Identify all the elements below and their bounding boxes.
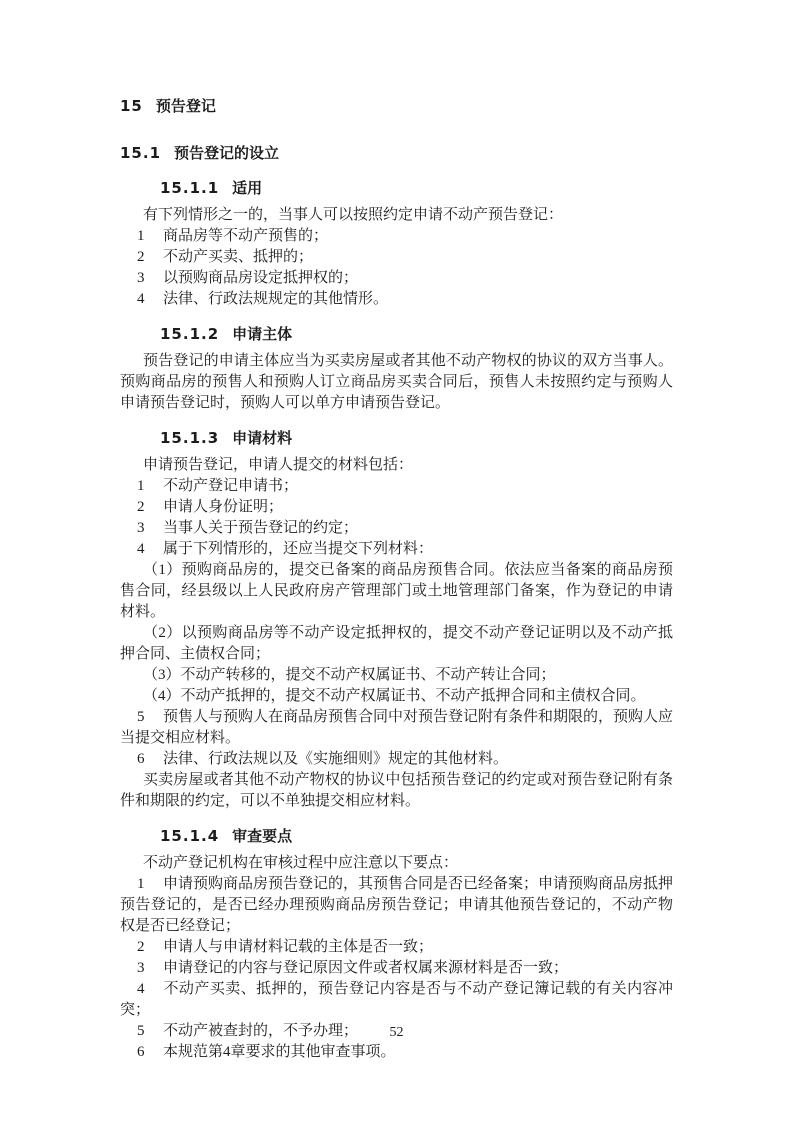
list-item-number: 3	[137, 268, 163, 289]
chapter-heading: 15预告登记	[120, 96, 673, 117]
list-item-number: 1	[137, 476, 163, 497]
subsection-title: 审查要点	[232, 827, 292, 845]
list-item-text: 不动产买卖、抵押的，预告登记内容是否与不动产登记簿记载的有关内容冲突；	[120, 981, 673, 1018]
subsection-number: 15.1.2	[160, 325, 219, 343]
document-page: 15预告登记 15.1预告登记的设立 15.1.1适用 有下列情形之一的，当事人…	[0, 0, 793, 1122]
subsection-heading-申请主体: 15.1.2申请主体	[120, 324, 673, 345]
chapter-number: 15	[120, 97, 143, 115]
paragraph: 申请预告登记，申请人提交的材料包括：	[120, 455, 673, 476]
chapter-title: 预告登记	[156, 97, 216, 115]
list-item-text: 不动产买卖、抵押的；	[163, 249, 313, 265]
subsection-heading-审查要点: 15.1.4审查要点	[120, 826, 673, 847]
list-item-number: 4	[137, 979, 163, 1000]
paragraph: 不动产登记机构在审核过程中应注意以下要点：	[120, 853, 673, 874]
list-item-number: 1	[137, 874, 163, 895]
page-number: 52	[0, 1022, 793, 1043]
list-item-number: 4	[137, 539, 163, 560]
list-item-text: 本规范第4章要求的其他审查事项。	[163, 1044, 396, 1060]
sub-item-paragraph: （3）不动产转移的，提交不动产权属证书、不动产转让合同；	[120, 665, 673, 686]
paragraph: 买卖房屋或者其他不动产物权的协议中包括预告登记的约定或对预告登记附有条件和期限的…	[120, 770, 673, 812]
list-item: 3以预购商品房设定抵押权的；	[120, 268, 673, 289]
list-item: 6法律、行政法规以及《实施细则》规定的其他材料。	[120, 749, 673, 770]
list-item-text: 预售人与预购人在商品房预售合同中对预告登记附有条件和期限的，预购人应当提交相应材…	[120, 709, 673, 746]
list-item-text: 以预购商品房设定抵押权的；	[163, 270, 358, 286]
subsection-title: 申请材料	[232, 429, 292, 447]
list-item: 4不动产买卖、抵押的，预告登记内容是否与不动产登记簿记载的有关内容冲突；	[120, 979, 673, 1021]
paragraph: 有下列情形之一的，当事人可以按照约定申请不动产预告登记：	[120, 205, 673, 226]
list-item: 1商品房等不动产预售的；	[120, 226, 673, 247]
subsection-number: 15.1.3	[160, 429, 219, 447]
list-item-number: 6	[137, 749, 163, 770]
list-item-text: 不动产登记申请书；	[163, 478, 298, 494]
list-item: 3当事人关于预告登记的约定；	[120, 518, 673, 539]
sub-item-paragraph: （2）以预购商品房等不动产设定抵押权的，提交不动产登记证明以及不动产抵押合同、主…	[120, 623, 673, 665]
list-item-number: 1	[137, 226, 163, 247]
section-title: 预告登记的设立	[174, 144, 279, 162]
list-item-text: 属于下列情形的，还应当提交下列材料：	[163, 541, 433, 557]
list-item: 2申请人身份证明；	[120, 497, 673, 518]
list-item: 4属于下列情形的，还应当提交下列材料：	[120, 539, 673, 560]
paragraph: 预告登记的申请主体应当为买卖房屋或者其他不动产物权的协议的双方当事人。预购商品房…	[120, 351, 673, 414]
list-item: 6本规范第4章要求的其他审查事项。	[120, 1042, 673, 1063]
list-item-text: 商品房等不动产预售的；	[163, 228, 328, 244]
list-item-text: 当事人关于预告登记的约定；	[163, 520, 358, 536]
subsection-heading-申请材料: 15.1.3申请材料	[120, 428, 673, 449]
subsection-number: 15.1.1	[160, 179, 219, 197]
list-item-number: 2	[137, 247, 163, 268]
list-item-number: 6	[137, 1042, 163, 1063]
section-number: 15.1	[120, 144, 161, 162]
list-item: 2不动产买卖、抵押的；	[120, 247, 673, 268]
list-item: 2申请人与申请材料记载的主体是否一致；	[120, 937, 673, 958]
sub-item-paragraph: （4）不动产抵押的，提交不动产权属证书、不动产抵押合同和主债权合同。	[120, 686, 673, 707]
subsection-title: 适用	[232, 179, 262, 197]
section-heading: 15.1预告登记的设立	[120, 143, 673, 164]
list-item: 1不动产登记申请书；	[120, 476, 673, 497]
list-item-text: 法律、行政法规规定的其他情形。	[163, 291, 388, 307]
list-item: 5预售人与预购人在商品房预售合同中对预告登记附有条件和期限的，预购人应当提交相应…	[120, 707, 673, 749]
list-item-number: 2	[137, 497, 163, 518]
list-item-number: 2	[137, 937, 163, 958]
subsection-title: 申请主体	[232, 325, 292, 343]
list-item-text: 法律、行政法规以及《实施细则》规定的其他材料。	[163, 751, 508, 767]
list-item: 4法律、行政法规规定的其他情形。	[120, 289, 673, 310]
list-item-text: 申请人身份证明；	[163, 499, 283, 515]
list-item-number: 5	[137, 707, 163, 728]
list-item-text: 申请登记的内容与登记原因文件或者权属来源材料是否一致；	[163, 960, 568, 976]
list-item: 3申请登记的内容与登记原因文件或者权属来源材料是否一致；	[120, 958, 673, 979]
subsection-number: 15.1.4	[160, 827, 219, 845]
list-item-number: 3	[137, 518, 163, 539]
list-item-number: 3	[137, 958, 163, 979]
subsection-heading-适用: 15.1.1适用	[120, 178, 673, 199]
sub-item-paragraph: （1）预购商品房的，提交已备案的商品房预售合同。依法应当备案的商品房预售合同，经…	[120, 560, 673, 623]
list-item-number: 4	[137, 289, 163, 310]
list-item: 1申请预购商品房预告登记的，其预售合同是否已经备案；申请预购商品房抵押预告登记的…	[120, 874, 673, 937]
list-item-text: 申请人与申请材料记载的主体是否一致；	[163, 939, 433, 955]
list-item-text: 申请预购商品房预告登记的，其预售合同是否已经备案；申请预购商品房抵押预告登记的，…	[120, 876, 673, 934]
